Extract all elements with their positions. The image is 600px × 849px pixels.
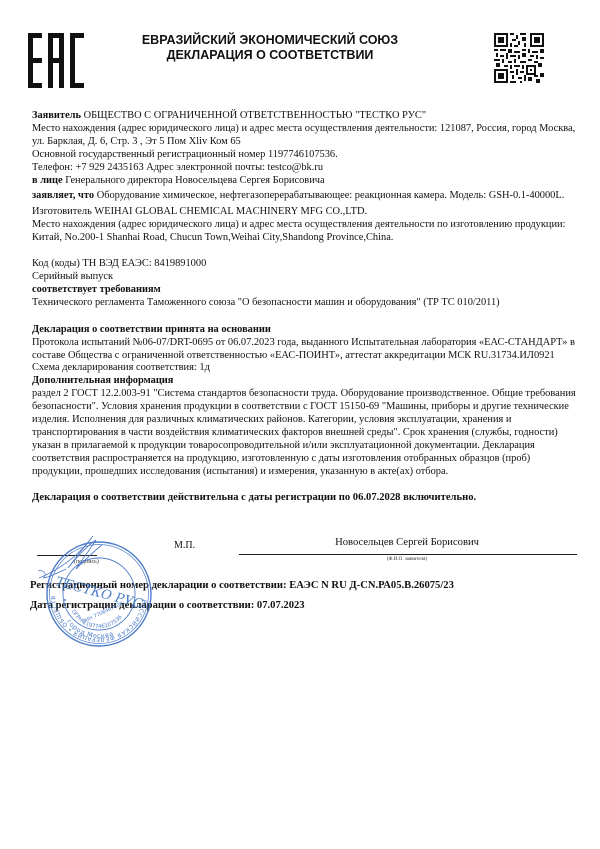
eac-logo-icon: [28, 33, 84, 88]
applicant-line: Заявитель ОБЩЕСТВО С ОГРАНИЧЕННОЙ ОТВЕТС…: [32, 110, 577, 123]
basis-label: Декларация о соответствии принята на осн…: [32, 324, 577, 337]
release-type: Серийный выпуск: [32, 271, 577, 284]
representative-label: в лице: [32, 175, 63, 186]
applicant-contacts: Телефон: +7 929 2435163 Адрес электронно…: [32, 162, 577, 175]
representative-name: Генерального директора Новосельцева Серг…: [65, 175, 324, 186]
declaration-body: Заявитель ОБЩЕСТВО С ОГРАНИЧЕННОЙ ОТВЕТС…: [32, 110, 577, 504]
document-title: ЕВРАЗИЙСКИЙ ЭКОНОМИЧЕСКИЙ СОЮЗ ДЕКЛАРАЦИ…: [120, 33, 420, 63]
signatory-name-caption: (Ф.И.О. заявителя): [237, 557, 577, 562]
declaration-scheme: Схема декларирования соответствия: 1д: [32, 362, 577, 375]
manufacturer-address: Место нахождения (адрес юридического лиц…: [32, 219, 577, 245]
qr-code-icon[interactable]: [494, 33, 544, 83]
additional-info-label: Дополнительная информация: [32, 375, 577, 388]
basis-text: Протокола испытаний №06-07/DRT-0695 от 0…: [32, 337, 577, 363]
declares-line: заявляет, что Оборудование химическое, н…: [32, 190, 577, 203]
signature-caption: (подпись): [74, 559, 99, 565]
signature-line: [37, 555, 97, 556]
applicant-ogrn: Основной государственный регистрационный…: [32, 149, 577, 162]
registration-number: Регистрационный номер декларации о соотв…: [30, 576, 575, 596]
declares-label: заявляет, что: [32, 190, 94, 201]
stamp-city: город Москва: [65, 618, 115, 640]
signatory-name-line: [239, 554, 577, 555]
title-declaration: ДЕКЛАРАЦИЯ О СООТВЕТСТВИИ: [120, 48, 420, 63]
svg-text:город Москва: город Москва: [65, 618, 115, 640]
registration-block: Регистрационный номер декларации о соотв…: [30, 576, 575, 616]
hs-code: Код (коды) ТН ВЭД ЕАЭС: 8419891000: [32, 258, 577, 271]
applicant-label: Заявитель: [32, 110, 81, 121]
product-description: Оборудование химическое, нефтегазоперера…: [97, 190, 565, 201]
complies-label: соответствует требованиям: [32, 284, 577, 297]
registration-date: Дата регистрации декларации о соответств…: [30, 596, 575, 616]
applicant-address: Место нахождения (адрес юридического лиц…: [32, 123, 577, 149]
document-header: ЕВРАЗИЙСКИЙ ЭКОНОМИЧЕСКИЙ СОЮЗ ДЕКЛАРАЦИ…: [0, 0, 600, 100]
applicant-representative: в лице Генерального директора Новосельце…: [32, 175, 577, 188]
title-union: ЕВРАЗИЙСКИЙ ЭКОНОМИЧЕСКИЙ СОЮЗ: [120, 33, 420, 48]
manufacturer: Изготовитель WEIHAI GLOBAL CHEMICAL MACH…: [32, 206, 577, 219]
seal-place-label: М.П.: [174, 540, 195, 551]
signatory-name: Новосельцев Сергей Борисович: [237, 537, 577, 548]
additional-info-text: раздел 2 ГОСТ 12.2.003-91 "Система станд…: [32, 388, 577, 478]
applicant-name: ОБЩЕСТВО С ОГРАНИЧЕННОЙ ОТВЕТСТВЕННОСТЬЮ…: [84, 110, 427, 121]
technical-regulation: Технического регламента Таможенного союз…: [32, 297, 577, 310]
validity-statement: Декларация о соответствии действительна …: [32, 492, 577, 505]
signature-block: (подпись) М.П. Новосельцев Сергей Борисо…: [32, 540, 577, 570]
